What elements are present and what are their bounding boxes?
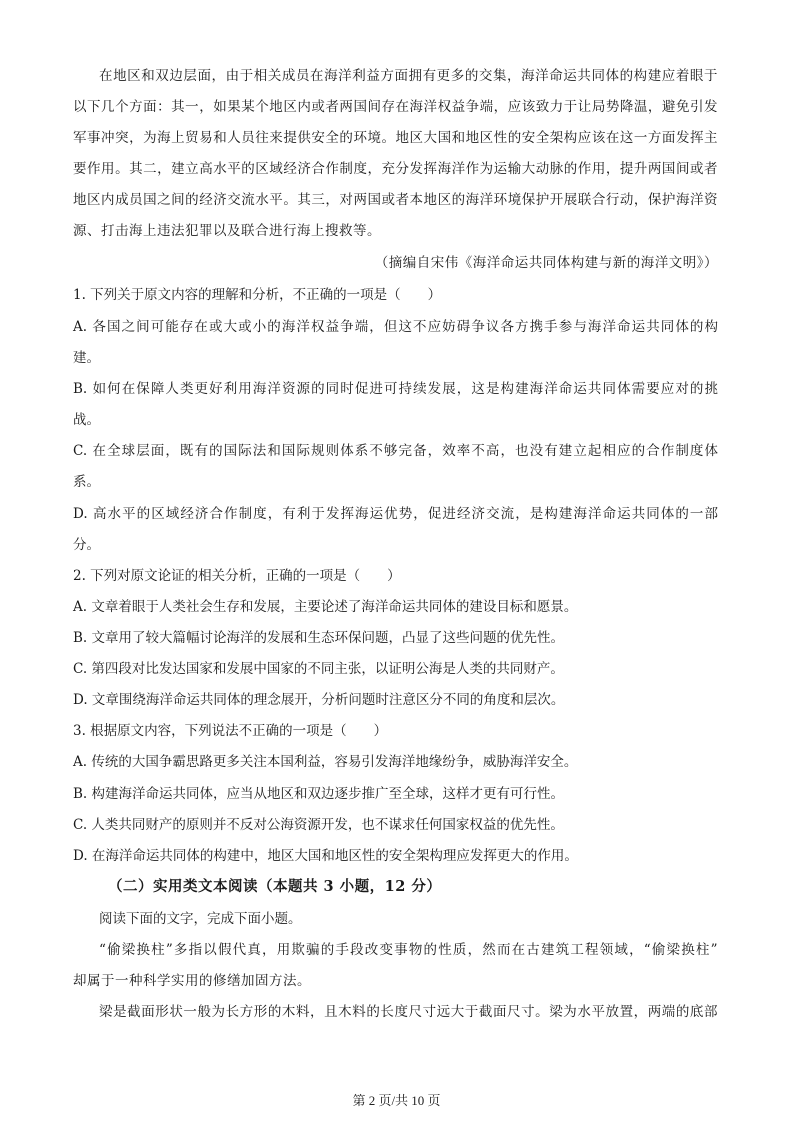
passage2-line: 梁是截面形状一般为长方形的木料，且木料的长度尺寸远大于截面尺寸。梁为水平放置，两… bbox=[99, 1002, 718, 1022]
option-1c: C. 在全球层面，既有的国际法和国际规则体系不够完备，效率不高，也没有建立起相应… bbox=[73, 441, 718, 461]
instruction-text: 阅读下面的文字，完成下面小题。 bbox=[99, 909, 718, 929]
option-1c-cont: 系。 bbox=[73, 472, 718, 492]
document-page: 在地区和双边层面，由于相关成员在海洋利益方面拥有更多的交集，海洋命运共同体的构建… bbox=[0, 0, 793, 1122]
option-2a: A. 文章着眼于人类社会生存和发展，主要论述了海洋命运共同体的建设目标和愿景。 bbox=[73, 597, 718, 617]
section-heading: （二）实用类文本阅读（本题共 3 小题，12 分） bbox=[108, 877, 753, 897]
option-1b-cont: 战。 bbox=[73, 410, 718, 430]
question-stem-2: 2. 下列对原文论证的相关分析，正确的一项是（ ） bbox=[73, 566, 718, 586]
option-3b: B. 构建海洋命运共同体，应当从地区和双边逐步推广至全球，这样才更有可行性。 bbox=[73, 784, 718, 804]
option-1d-cont: 分。 bbox=[73, 535, 718, 555]
page-number: 第 2 页/共 10 页 bbox=[0, 1090, 793, 1109]
question-stem-1: 1. 下列关于原文内容的理解和分析，不正确的一项是（ ） bbox=[73, 285, 718, 305]
option-1a: A. 各国之间可能存在或大或小的海洋权益争端，但这不应妨碍争议各方携手参与海洋命… bbox=[73, 317, 718, 337]
passage2-line: “偷梁换柱”多指以假代真，用欺骗的手段改变事物的性质，然而在古建筑工程领域，“偷… bbox=[99, 940, 718, 960]
passage2-line: 却属于一种科学实用的修缮加固方法。 bbox=[73, 971, 718, 991]
question-stem-3: 3. 根据原文内容，下列说法不正确的一项是（ ） bbox=[73, 721, 718, 741]
passage-line: 源、打击海上违法犯罪以及联合进行海上搜救等。 bbox=[73, 221, 718, 241]
option-3c: C. 人类共同财产的原则并不反对公海资源开发，也不谋求任何国家权益的优先性。 bbox=[73, 815, 718, 835]
passage-line: 地区内成员国之间的经济交流水平。其三，对两国或者本地区的海洋环境保护开展联合行动… bbox=[73, 190, 718, 210]
passage-line: 在地区和双边层面，由于相关成员在海洋利益方面拥有更多的交集，海洋命运共同体的构建… bbox=[99, 66, 718, 86]
option-2d: D. 文章围绕海洋命运共同体的理念展开，分析问题时注意区分不同的角度和层次。 bbox=[73, 690, 718, 710]
option-3a: A. 传统的大国争霸思路更多关注本国利益，容易引发海洋地缘纷争，威胁海洋安全。 bbox=[73, 752, 718, 772]
option-3d: D. 在海洋命运共同体的构建中，地区大国和地区性的安全架构理应发挥更大的作用。 bbox=[73, 846, 718, 866]
passage-line: 以下几个方面：其一，如果某个地区内或者两国间存在海洋权益争端，应该致力于让局势降… bbox=[73, 97, 718, 117]
option-1d: D. 高水平的区域经济合作制度，有利于发挥海运优势，促进经济交流，是构建海洋命运… bbox=[73, 504, 718, 524]
source-citation: （摘编自宋伟《海洋命运共同体构建与新的海洋文明》） bbox=[73, 253, 718, 273]
option-2b: B. 文章用了较大篇幅讨论海洋的发展和生态环保问题，凸显了这些问题的优先性。 bbox=[73, 628, 718, 648]
option-1b: B. 如何在保障人类更好利用海洋资源的同时促进可持续发展，这是构建海洋命运共同体… bbox=[73, 379, 718, 399]
option-1a-cont: 建。 bbox=[73, 348, 718, 368]
passage-line: 要作用。其二，建立高水平的区域经济合作制度，充分发挥海洋作为运输大动脉的作用，提… bbox=[73, 159, 718, 179]
option-2c: C. 第四段对比发达国家和发展中国家的不同主张，以证明公海是人类的共同财产。 bbox=[73, 659, 718, 679]
passage-line: 军事冲突，为海上贸易和人员往来提供安全的环境。地区大国和地区性的安全架构应该在这… bbox=[73, 128, 718, 148]
